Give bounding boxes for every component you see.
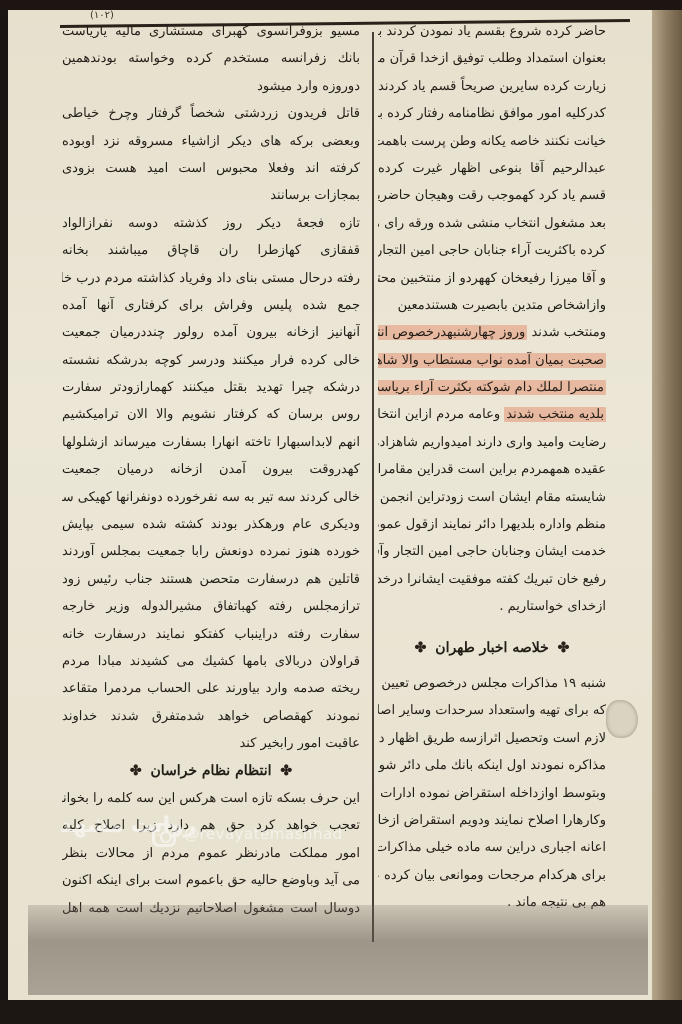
text-line: قراولان دربالای بامها کشیك می کشیدند مبا… xyxy=(62,648,360,675)
text-line: شنبه ۱۹ مذاکرات مجلس درخصوص تعیین وجه بو… xyxy=(378,670,606,697)
text-line: قاتلین هم درسفارت متحصن هستند جناب رئیس … xyxy=(62,566,360,593)
text-line: آنهانیز ازخانه بیرون آمده رولور چنددرمیا… xyxy=(62,319,360,346)
text-line: جمع شده پلیس وفراش برای کرفتاری آنها آمد… xyxy=(62,292,360,319)
text-line: کرده باکثریت آراء جنابان حاجی امین التجا… xyxy=(378,237,606,264)
text-line: خدمت ایشان وجنابان حاجی امین التجار وآقا… xyxy=(378,538,606,565)
text-line: خالی کرده فرار میکنند ودرسر کوچه بدرشکه … xyxy=(62,347,360,374)
text-line: رفته درحال مستی بنای داد وفریاد کذاشته م… xyxy=(62,265,360,292)
text-line: ریخته صدمه وارد بیاورند علی الحساب مردمر… xyxy=(62,675,360,702)
highlighted-text: صحبت بمیان آمده نواب مستطاب والا شاهزاده… xyxy=(378,353,606,368)
text-line: بانك زفرانسه مستخدم کرده وخواسته بودندهم… xyxy=(62,45,360,72)
text-line: قاتل فریدون زردشتی شخصاً گرفتار وچرخ خیا… xyxy=(62,100,360,127)
highlighted-text: بلدیه منتخب شدند xyxy=(504,407,606,422)
highlighted-text: منتصرا لملك دام شوكته بكثرت آراء بریاست … xyxy=(378,380,606,395)
bottom-frame-edge xyxy=(0,1000,682,1024)
right-column: حاضر کرده شروع بقسم یاد نمودن کردند بعضی… xyxy=(378,18,606,917)
left-column: مسیو بزوفرانسوی کهبرای مستشاری مالیه یار… xyxy=(62,18,360,922)
text-line: دوروزه وارد میشود xyxy=(62,73,360,100)
spacer xyxy=(378,621,606,635)
text-line-highlighted: منتصرا لملك دام شوكته بكثرت آراء بریاست … xyxy=(378,374,606,401)
book-spine xyxy=(652,10,682,1000)
highlighted-text: وروز چهارشنبهدرخصوص انتخاب رئیس xyxy=(378,325,527,340)
paper-tear xyxy=(606,700,638,738)
section-heading-tehran-news: ✤ خلاصه اخبار طهران ✤ xyxy=(378,635,606,662)
text-line: کرفته اند وفعلا محبوس است امید هست بزودی xyxy=(62,155,360,182)
column-divider xyxy=(372,32,374,942)
text-line: وبعضی برکه های دیکر ازاشیاء مسروقه نزد ا… xyxy=(62,128,360,155)
text-fragment: وعامه مردم ازاین انتخاب کمال xyxy=(378,407,500,422)
text-line: تازه فجعهٔ دیکر روز کذشته دوسه نفرازالوا… xyxy=(62,210,360,237)
text-line: کدرکلیه امور موافق نظامنامه رفتار کرده ب… xyxy=(378,100,606,127)
text-line: حاضر کرده شروع بقسم یاد نمودن کردند بعضی xyxy=(378,18,606,45)
ornament-icon: ✤ xyxy=(415,640,427,656)
text-line-highlighted: ومنتخب شدند وروز چهارشنبهدرخصوص انتخاب ر… xyxy=(378,319,606,346)
text-line: زیارت کرده سایرین صریحاً قسم یاد کردند xyxy=(378,73,606,100)
text-line: وبتوسط اوازداخله استقراض نموده ادارات را… xyxy=(378,780,606,807)
text-line: درشکه چیرا تهدید بقتل میکنند کهمارازودتر… xyxy=(62,374,360,401)
text-line: تعجب خواهد کرد حق هم دارد زیرا اصلاح کلی… xyxy=(62,812,360,839)
text-line: شایسته مقام ایشان است زودتراین انجمن محت… xyxy=(378,484,606,511)
text-line: دوسال است مشغول اصلاحاتیم نزدیك است همه … xyxy=(62,895,360,922)
section-title: انتظام نظام خراسان xyxy=(150,763,271,779)
text-line: خالی کردند سه تیر به سه نفرخورده دونفران… xyxy=(62,484,360,511)
text-line: بمجازات برسانند xyxy=(62,182,360,209)
text-line: می آید وباوضع حالیه حق باعموم است برای ا… xyxy=(62,867,360,894)
text-line: هم بی نتیجه ماند . xyxy=(378,889,606,916)
section-title: خلاصه اخبار طهران xyxy=(435,640,548,656)
text-line: انهم لابداسبهارا تاخته انهارا بسفارت میر… xyxy=(62,429,360,456)
text-line: کهدروقت بیرون آمدن ازخانه درمیان جمعیت xyxy=(62,456,360,483)
ornament-icon: ✤ xyxy=(558,640,570,656)
text-line: لازم است وتحصیل اثرازسه طریق اظهار داشته xyxy=(378,725,606,752)
text-line: بعد مشغول انتخاب منشی شده ورقه رای منتشر xyxy=(378,210,606,237)
text-line: رضایت وامید واری دارند امیدواریم شاهزاده… xyxy=(378,429,606,456)
text-line: سفارت رفته دراینباب کفتکو نمایند درسفارت… xyxy=(62,621,360,648)
text-line: وکارهارا اصلاح نمایند ودویم استقراض ازخا… xyxy=(378,807,606,834)
text-line-highlighted: صحبت بمیان آمده نواب مستطاب والا شاهزاده… xyxy=(378,347,606,374)
text-line: مسیو بزوفرانسوی کهبرای مستشاری مالیه یار… xyxy=(62,18,360,45)
ornament-icon: ✤ xyxy=(280,763,292,779)
text-line: و آقا میرزا رفیعخان کههردو از منتخبین مح… xyxy=(378,265,606,292)
text-line: عقیده همهمردم براین است قدراین مقامرادان… xyxy=(378,456,606,483)
text-line: خیانت نکنند خاصه یکانه وطن پرست باهمت حا… xyxy=(378,128,606,155)
text-line: ازخدای خواستاریم . xyxy=(378,593,606,620)
text-line: عاقبت امور رابخیر کند xyxy=(62,730,360,757)
text-line: امور مملکت مادرنظر عموم مردم از محالات ب… xyxy=(62,840,360,867)
text-line: روس برسان که کرفتار نشویم والا الان ترام… xyxy=(62,401,360,428)
text-line: این حرف بسکه تازه است هرکس این سه کلمه ر… xyxy=(62,785,360,812)
text-line: برای هرکدام مرجحات وموانعی بیان کرده عاق… xyxy=(378,862,606,889)
ornament-icon: ✤ xyxy=(130,763,142,779)
text-line: خورده هنوز نمرده دونعش رابا جمعیت بمجلس … xyxy=(62,538,360,565)
text-line: رفیع خان تبریك كفته موفقیت ایشانرا درخدم… xyxy=(378,566,606,593)
spacer xyxy=(378,662,606,670)
text-line: قسم یاد کرد کهموجب رقت وهیجان حاضرین کرد… xyxy=(378,182,606,209)
text-line: بعنوان استمداد وطلب توفیق ازخدا قرآن مجی… xyxy=(378,45,606,72)
section-heading-khorasan: ✤ انتظام نظام خراسان ✤ xyxy=(62,758,360,785)
text-line: قفقازی کهازطرا ران قاچاق میباشند بخانه xyxy=(62,237,360,264)
text-line: که برای تهیه واستعداد سرحدات وسایر اصلاح… xyxy=(378,697,606,724)
text-line: ترازمجلس رفته کهباتفاق مشیرالدوله وزیر خ… xyxy=(62,593,360,620)
text-line: عبدالرحیم آقا بنوعی اظهار غیرت کرده xyxy=(378,155,606,182)
text-fragment: ومنتخب شدند xyxy=(531,325,606,340)
text-line: نمودند کهقصاص خواهد شدمتفرق شدند خداوند xyxy=(62,703,360,730)
text-line-highlighted: بلدیه منتخب شدند وعامه مردم ازاین انتخاب… xyxy=(378,401,606,428)
text-line: ودیکری عام ورهکذر بودند کشته شده سیمی بپ… xyxy=(62,511,360,538)
text-line: اعانه اجباری دراین سه ماده خیلی مذاکرات … xyxy=(378,834,606,861)
text-line: وازاشخاص متدین بابصیرت هستندمعین xyxy=(378,292,606,319)
text-line: مذاکره نمودند اول اینکه بانك ملی دائر شو… xyxy=(378,752,606,779)
text-line: منظم واداره بلدیهرا دائر نمایند ازقول عم… xyxy=(378,511,606,538)
